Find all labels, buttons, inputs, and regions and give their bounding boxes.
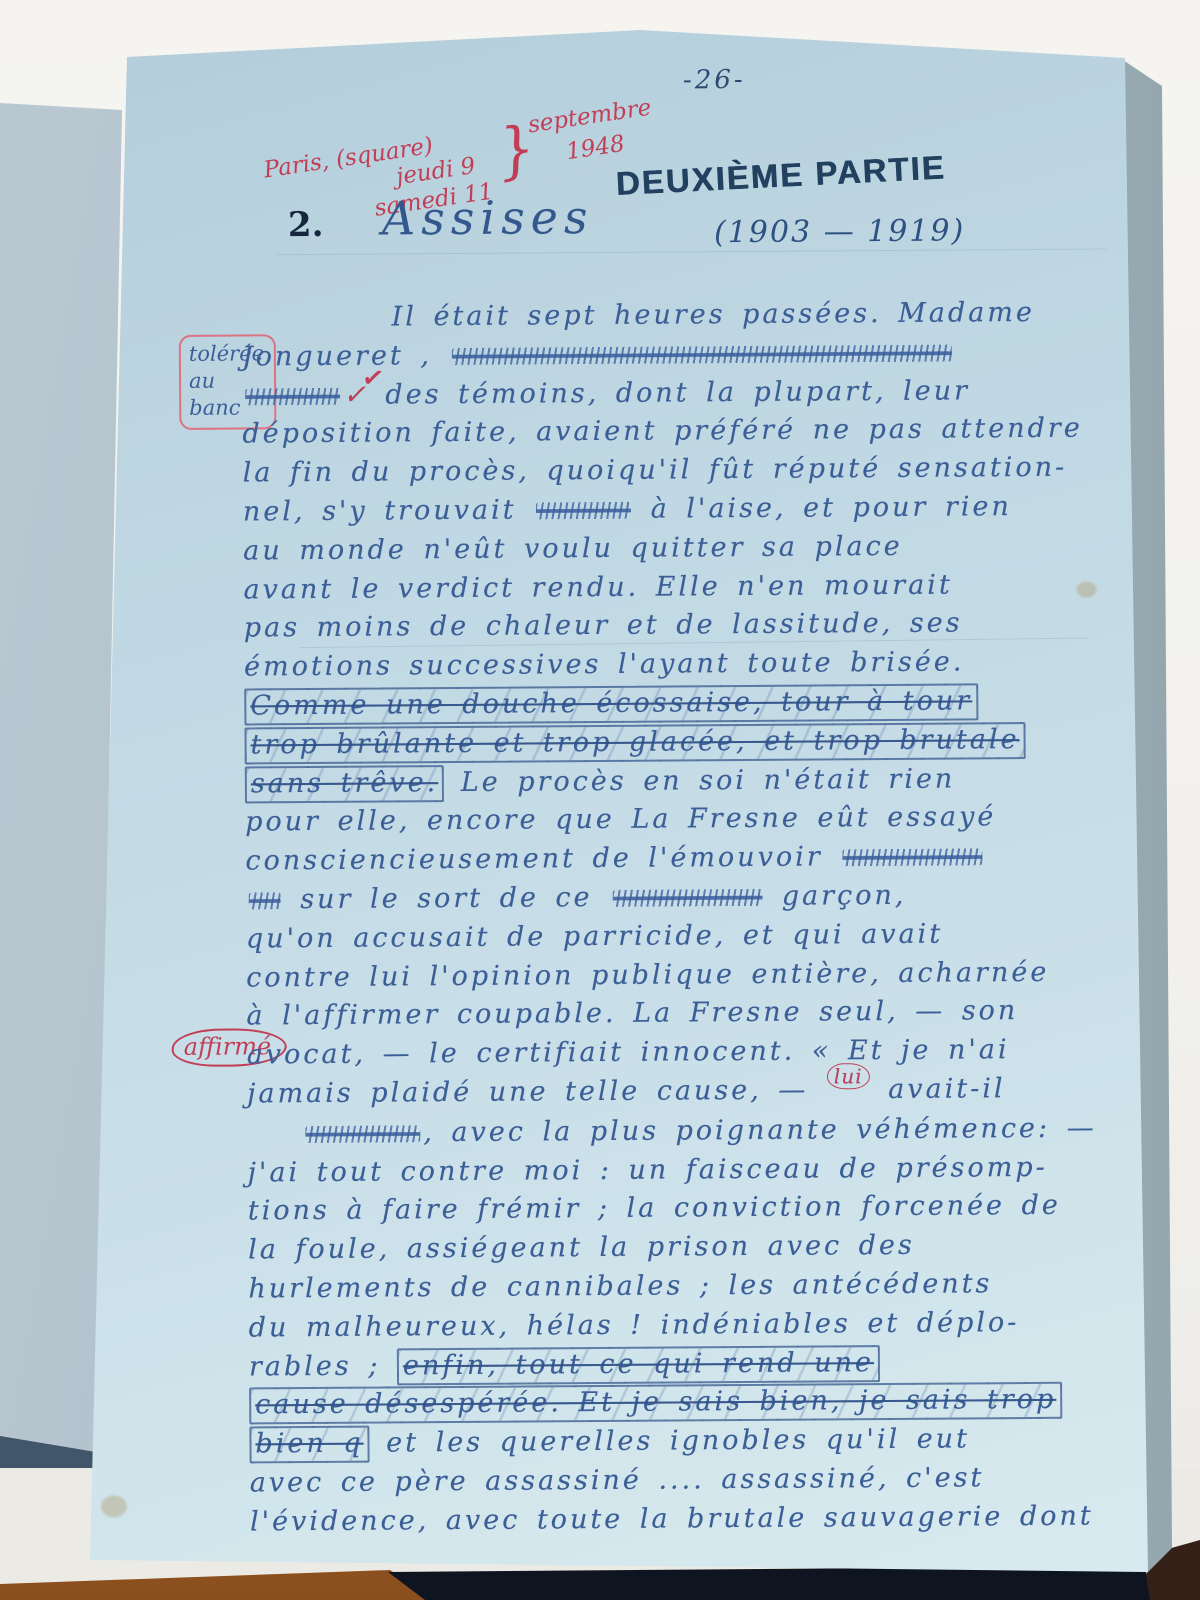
handwritten-text: rables ;	[249, 1350, 397, 1382]
manuscript-line: consciencieusement de l'émouvoir	[245, 837, 1115, 882]
handwritten-text: avant le verdict rendu. Elle n'en mourai…	[243, 569, 952, 605]
handwritten-text: à l'affirmer coupable. La Fresne seul, —…	[246, 995, 1018, 1031]
handwritten-text: du malheureux, hélas ! indéniables et dé…	[249, 1307, 1020, 1343]
paper-crease	[276, 248, 1106, 255]
manuscript-line: rables ; enfin, tout ce qui rend une	[249, 1342, 1119, 1387]
handwritten-text: pour elle, encore que La Fresne eût essa…	[245, 802, 996, 838]
manuscript-line: bien q et les querelles ignobles qu'il e…	[249, 1419, 1119, 1464]
handwritten-text: avait-il	[872, 1073, 1006, 1105]
manuscript-line: trop brûlante et trop glacée, et trop br…	[244, 720, 1114, 765]
manuscript-line: avant le verdict rendu. Elle n'en mourai…	[243, 565, 1113, 610]
handwritten-text: Il était sept heures passées. Madame	[392, 297, 1035, 332]
manuscript-line: nel, s'y trouvait à l'aise, et pour rien	[243, 487, 1113, 532]
manuscript-line: sur le sort de ce garçon,	[246, 875, 1116, 920]
handwritten-text: avocat, — le certifiait innocent. « Et j…	[247, 1034, 1010, 1070]
manuscript-line: Il était sept heures passées. Madame	[241, 293, 1111, 338]
boxed-deleted-text: enfin, tout ce qui rend une	[397, 1345, 880, 1385]
handwritten-text: qu'on accusait de parricide, et qui avai…	[246, 918, 943, 954]
manuscript-line: au monde n'eût voulu quitter sa place	[243, 526, 1113, 571]
manuscript-line: qu'on accusait de parricide, et qui avai…	[246, 914, 1116, 959]
scribbled-out-text	[536, 502, 631, 520]
handwritten-text: pas moins de chaleur et de lassitude, se…	[244, 608, 963, 644]
scribbled-out-text	[245, 387, 340, 405]
manuscript-line: la foule, assiégeant la prison avec des	[248, 1226, 1118, 1271]
page-content: -26- Paris, (square) jeudi 9 samedi 11 }…	[0, 0, 1200, 1600]
manuscript-line: pas moins de chaleur et de lassitude, se…	[244, 604, 1114, 649]
date-year: 1948	[565, 131, 627, 165]
manuscript-line: ✓ des témoins, dont la plupart, leur	[242, 371, 1112, 416]
handwritten-text: des témoins, dont la plupart, leur	[369, 375, 970, 410]
boxed-deleted-text: trop brûlante et trop glacée, et trop br…	[244, 722, 1025, 764]
part-years: (1903 — 1919)	[714, 213, 965, 250]
manuscript-body: Il était sept heures passées. MadameJong…	[241, 293, 1120, 1542]
boxed-deleted-text: cause désespérée. Et je sais bien, je sa…	[249, 1382, 1062, 1425]
scribbled-out-text	[249, 892, 281, 909]
manuscript-line: la fin du procès, quoiqu'il fût réputé s…	[243, 449, 1113, 494]
paper-stain	[101, 1495, 127, 1517]
handwritten-text: consciencieusement de l'émouvoir	[245, 841, 839, 876]
handwritten-text: contre lui l'opinion publique entière, a…	[246, 956, 1049, 993]
chapter-number: 2.	[288, 205, 324, 245]
photo-of-manuscript: -26- Paris, (square) jeudi 9 samedi 11 }…	[0, 0, 1200, 1600]
handwritten-text: au monde n'eût voulu quitter sa place	[243, 531, 903, 567]
scribbled-out-text	[451, 344, 951, 364]
handwritten-text: Le procès en soi n'était rien	[444, 763, 955, 798]
handwritten-text: j'ai tout contre moi : un faisceau de pr…	[247, 1151, 1047, 1188]
manuscript-line: l'évidence, avec toute la brutale sauvag…	[250, 1497, 1120, 1542]
manuscript-line: hurlements de cannibales ; les antécéden…	[248, 1264, 1118, 1309]
manuscript-line: Comme une douche écossaise, tour à tour	[244, 681, 1114, 726]
manuscript-line: Jongueret ,	[242, 332, 1112, 377]
manuscript-line: tions à faire frémir ; la conviction for…	[248, 1187, 1118, 1232]
manuscript-line: , avec la plus poignante véhémence: —	[247, 1109, 1117, 1154]
handwritten-text: sur le sort de ce	[284, 882, 610, 915]
manuscript-line: contre lui l'opinion publique entière, a…	[246, 953, 1116, 998]
manuscript-line: avocat, — le certifiait innocent. « Et j…	[247, 1031, 1117, 1076]
manuscript-line: avec ce père assassiné .... assassiné, c…	[250, 1458, 1120, 1503]
manuscript-line: émotions successives l'ayant toute brisé…	[244, 643, 1114, 688]
manuscript-line: cause désespérée. Et je sais bien, je sa…	[249, 1381, 1119, 1426]
boxed-deleted-text: Comme une douche écossaise, tour à tour	[244, 683, 978, 725]
red-ink-mark: ✓	[343, 379, 369, 410]
date-month: septembre	[526, 95, 653, 139]
boxed-deleted-text: bien q	[249, 1426, 369, 1464]
scribbled-out-text	[305, 1125, 420, 1143]
manuscript-line: sans trêve. Le procès en soi n'était rie…	[245, 759, 1115, 804]
scribbled-out-text	[612, 889, 762, 907]
handwritten-text: Jongueret ,	[242, 340, 449, 372]
handwritten-text: à l'aise, et pour rien	[634, 491, 1012, 525]
manuscript-line: pour elle, encore que La Fresne eût essa…	[245, 798, 1115, 843]
manuscript-line: déposition faite, avaient préféré ne pas…	[242, 410, 1112, 455]
boxed-deleted-text: sans trêve.	[245, 765, 445, 803]
manuscript-line: j'ai tout contre moi : un faisceau de pr…	[247, 1148, 1117, 1193]
handwritten-text: hurlements de cannibales ; les antécéden…	[248, 1268, 992, 1304]
red-insertion-lui: lui	[827, 1063, 870, 1089]
manuscript-page: -26- Paris, (square) jeudi 9 samedi 11 }…	[0, 0, 1200, 1600]
handwritten-text: jamais plaidé une telle cause, —	[247, 1074, 825, 1109]
handwritten-text: émotions successives l'ayant toute brisé…	[244, 647, 965, 683]
chapter-title: Assises	[382, 190, 594, 245]
handwritten-text: la fin du procès, quoiqu'il fût réputé s…	[243, 452, 1068, 489]
manuscript-line: jamais plaidé une telle cause, — lui ava…	[247, 1069, 1117, 1115]
handwritten-text: et les querelles ignobles qu'il eut	[370, 1424, 971, 1459]
handwritten-text: l'évidence, avec toute la brutale sauvag…	[250, 1500, 1094, 1537]
handwritten-text: avec ce père assassiné .... assassiné, c…	[250, 1462, 985, 1498]
manuscript-line: du malheureux, hélas ! indéniables et dé…	[249, 1303, 1119, 1348]
handwritten-text: , avec la plus poignante véhémence: —	[423, 1112, 1097, 1148]
handwritten-text: nel, s'y trouvait	[243, 494, 533, 527]
page-number: -26-	[683, 65, 746, 95]
handwritten-text: garçon,	[765, 880, 906, 912]
handwritten-text: déposition faite, avaient préféré ne pas…	[242, 413, 1083, 450]
handwritten-text: la foule, assiégeant la prison avec des	[248, 1230, 915, 1266]
handwritten-text: tions à faire frémir ; la conviction for…	[248, 1190, 1061, 1227]
manuscript-line: à l'affirmer coupable. La Fresne seul, —…	[246, 992, 1116, 1037]
scribbled-out-text	[842, 848, 982, 866]
